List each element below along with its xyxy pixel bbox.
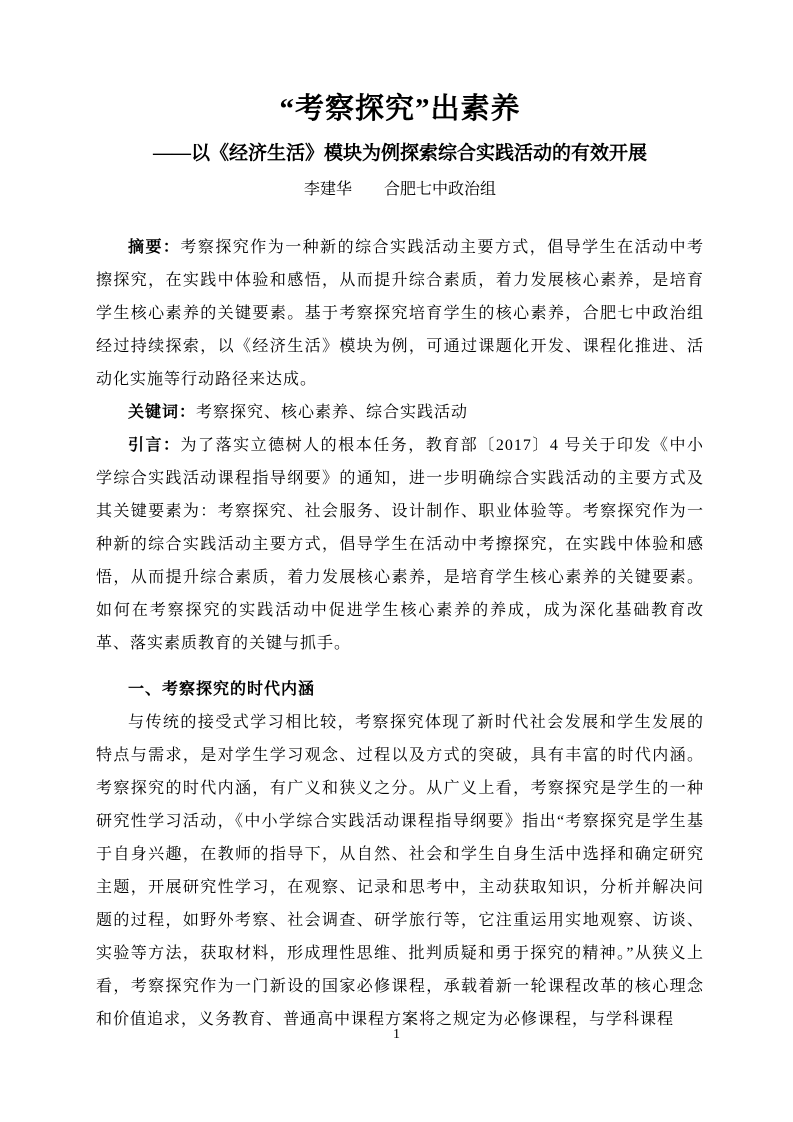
keywords-label: 关键词： <box>128 404 196 421</box>
document-subtitle: ——以《经济生活》模块为例探索综合实践活动的有效开展 <box>96 141 704 167</box>
keywords-text: 考察探究、核心素养、综合实践活动 <box>196 404 468 421</box>
introduction-label: 引言： <box>128 437 181 454</box>
document-body: 摘要：考察探究作为一种新的综合实践活动主要方式，倡导学生在活动中考擦探究，在实践… <box>96 231 704 1036</box>
abstract-paragraph: 摘要：考察探究作为一种新的综合实践活动主要方式，倡导学生在活动中考擦探究，在实践… <box>96 231 704 396</box>
introduction-paragraph: 引言：为了落实立德树人的根本任务，教育部〔2017〕4 号关于印发《中小学综合实… <box>96 429 704 660</box>
abstract-label: 摘要： <box>128 239 180 256</box>
section-1-heading: 一、考察探究的时代内涵 <box>96 673 704 706</box>
author-line: 李建华 合肥七中政治组 <box>96 179 704 201</box>
document-page: “考察探究”出素养 ——以《经济生活》模块为例探索综合实践活动的有效开展 李建华… <box>0 0 793 1122</box>
page-number: 1 <box>0 1026 793 1044</box>
keywords-paragraph: 关键词：考察探究、核心素养、综合实践活动 <box>96 396 704 429</box>
abstract-text: 考察探究作为一种新的综合实践活动主要方式，倡导学生在活动中考擦探究，在实践中体验… <box>96 239 704 388</box>
document-title: “考察探究”出素养 <box>96 90 704 128</box>
section-1-paragraph: 与传统的接受式学习相比较，考察探究体现了新时代社会发展和学生发展的特点与需求，是… <box>96 706 704 1036</box>
introduction-text: 为了落实立德树人的根本任务，教育部〔2017〕4 号关于印发《中小学综合实践活动… <box>96 437 704 652</box>
document-content: “考察探究”出素养 ——以《经济生活》模块为例探索综合实践活动的有效开展 李建华… <box>96 0 704 1036</box>
